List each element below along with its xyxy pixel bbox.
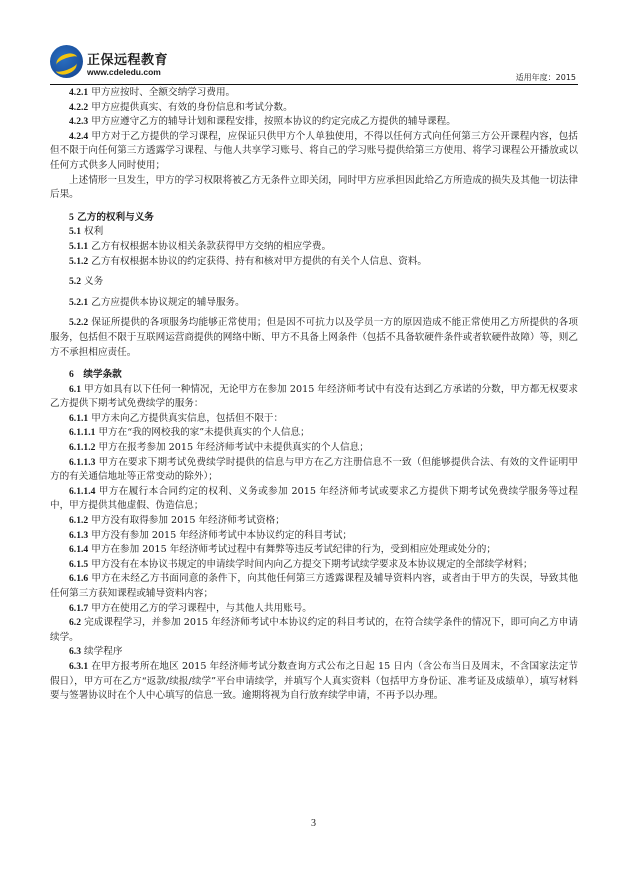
clause-number: 5.2.1 xyxy=(69,297,88,308)
clause-number: 4.2.4 xyxy=(69,131,88,142)
clause-number: 6.1.1.4 xyxy=(69,486,95,497)
brand-url: www.cdeledu.com xyxy=(87,67,161,77)
clause-paragraph: 4.2.4 甲方对于乙方提供的学习课程，应保证只供甲方个人单独使用，不得以任何方… xyxy=(50,130,578,174)
document-body: 4.2.1 甲方应按时、全额交纳学习费用。4.2.2 甲方应提供真实、有效的身份… xyxy=(50,86,578,704)
clause-paragraph: 5.1.1 乙方有权根据本协议相关条款获得甲方交纳的相应学费。 xyxy=(50,240,578,255)
clause-text: 甲方在报考参加 2015 年经济师考试中未提供真实的个人信息； xyxy=(95,442,368,453)
clause-number: 6.2 xyxy=(69,617,81,628)
page-number: 3 xyxy=(0,818,627,829)
clause-paragraph: 5.2 义务 xyxy=(50,275,578,290)
clause-paragraph: 5.2.2 保证所提供的各项服务均能够正常使用；但是因不可抗力以及学员一方的原因… xyxy=(50,316,578,360)
clause-number: 6.1 xyxy=(69,384,81,395)
clause-text: 甲方在履行本合同约定的权利、义务或参加 2015 年经济师考试或要求乙方提供下期… xyxy=(50,486,578,512)
clause-paragraph: 5.1 权利 xyxy=(50,225,578,240)
clause-paragraph: 6.3.1 在甲方报考所在地区 2015 年经济师考试分数查询方式公布之日起 1… xyxy=(50,660,578,704)
clause-number: 6.1.4 xyxy=(69,544,88,555)
clause-paragraph: 6.1.1.3 甲方在要求下期考试免费续学时提供的信息与甲方在乙方注册信息不一致… xyxy=(50,456,578,485)
clause-paragraph: 4.2.2 甲方应提供真实、有效的身份信息和考试分数。 xyxy=(50,101,578,116)
clause-number: 5.2.2 xyxy=(69,317,88,328)
clause-paragraph: 6.2 完成课程学习，并参加 2015 年经济师考试中本协议约定的科目考试的，在… xyxy=(50,616,578,645)
clause-paragraph: 6.1.6 甲方在未经乙方书面同意的条件下，向其他任何第三方透露课程及辅导资料内… xyxy=(50,572,578,601)
cdeledu-logo-icon xyxy=(50,45,83,78)
clause-paragraph: 6.1.1 甲方未向乙方提供真实信息，包括但不限于： xyxy=(50,412,578,427)
section-heading: 6 续学条款 xyxy=(50,368,578,383)
clause-text: 甲方应遵守乙方的辅导计划和课程安排，按照本协议的约定完成乙方提供的辅导课程。 xyxy=(88,116,456,127)
clause-paragraph: 6.1.7 甲方在使用乙方的学习课程中，与其他人共用账号。 xyxy=(50,602,578,617)
clause-text: 甲方没有在本协议书规定的申请续学时间内向乙方提交下期考试续学要求及本协议规定的全… xyxy=(88,559,532,570)
brand-name: 正保远程教育 xyxy=(87,49,168,68)
clause-number: 4.2.3 xyxy=(69,116,88,127)
clause-number: 6.1.3 xyxy=(69,530,88,541)
clause-text: 在甲方报考所在地区 2015 年经济师考试分数查询方式公布之日起 15 日内（含… xyxy=(50,661,578,701)
clause-paragraph: 5.1.2 乙方有权根据本协议的约定获得、持有和核对甲方提供的有关个人信息、资料… xyxy=(50,255,578,270)
clause-text: 甲方在使用乙方的学习课程中，与其他人共用账号。 xyxy=(88,603,312,614)
clause-paragraph: 6.1.1.1 甲方在“我的网校我的家”未提供真实的个人信息； xyxy=(50,426,578,441)
clause-text: 权利 xyxy=(81,226,103,237)
clause-text: 完成课程学习，并参加 2015 年经济师考试中本协议约定的科目考试的，在符合续学… xyxy=(50,617,578,643)
clause-text: 甲方如具有以下任何一种情况，无论甲方在参加 2015 年经济师考试中有没有达到乙… xyxy=(50,384,578,410)
clause-number: 6.1.5 xyxy=(69,559,88,570)
clause-paragraph: 上述情形一旦发生，甲方的学习权限将被乙方无条件立即关闭，同时甲方应承担因此给乙方… xyxy=(50,174,578,203)
clause-text: 甲方在未经乙方书面同意的条件下，向其他任何第三方透露课程及辅导资料内容，或者由于… xyxy=(50,573,578,599)
clause-paragraph: 5.2.1 乙方应提供本协议规定的辅导服务。 xyxy=(50,296,578,311)
clause-text: 乙方有权根据本协议相关条款获得甲方交纳的相应学费。 xyxy=(88,241,331,252)
clause-text: 甲方在要求下期考试免费续学时提供的信息与甲方在乙方注册信息不一致（但能够提供合法… xyxy=(50,457,578,483)
clause-number: 6.1.1.3 xyxy=(69,457,95,468)
clause-text: 甲方应提供真实、有效的身份信息和考试分数。 xyxy=(88,102,293,113)
clause-paragraph: 6.1.4 甲方在参加 2015 年经济师考试过程中有舞弊等违反考试纪律的行为，… xyxy=(50,543,578,558)
clause-text: 甲方在“我的网校我的家”未提供真实的个人信息； xyxy=(95,427,309,438)
clause-paragraph: 6.1.2 甲方没有取得参加 2015 年经济师考试资格； xyxy=(50,514,578,529)
clause-number: 5.2 xyxy=(69,276,81,287)
page-header: 正保远程教育 www.cdeledu.com 适用年度：2015 xyxy=(50,45,578,85)
clause-paragraph: 6.1 甲方如具有以下任何一种情况，无论甲方在参加 2015 年经济师考试中有没… xyxy=(50,383,578,412)
clause-number: 6.3 xyxy=(69,646,81,657)
clause-paragraph: 4.2.3 甲方应遵守乙方的辅导计划和课程安排，按照本协议的约定完成乙方提供的辅… xyxy=(50,115,578,130)
clause-paragraph: 6.1.1.2 甲方在报考参加 2015 年经济师考试中未提供真实的个人信息； xyxy=(50,441,578,456)
clause-number: 4.2.2 xyxy=(69,102,88,113)
clause-text: 甲方没有取得参加 2015 年经济师考试资格； xyxy=(88,515,285,526)
clause-text: 续学程序 xyxy=(81,646,122,657)
clause-text: 甲方未向乙方提供真实信息，包括但不限于： xyxy=(88,413,283,424)
clause-text: 乙方应提供本协议规定的辅导服务。 xyxy=(88,297,245,308)
clause-text: 甲方应按时、全额交纳学习费用。 xyxy=(88,87,235,98)
applicable-year: 适用年度：2015 xyxy=(516,72,576,83)
section-heading: 5 乙方的权利与义务 xyxy=(50,211,578,226)
clause-text: 保证所提供的各项服务均能够正常使用；但是因不可抗力以及学员一方的原因造成不能正常… xyxy=(50,317,578,357)
clause-text: 乙方的权利与义务 xyxy=(74,212,154,223)
clause-number: 6.1.2 xyxy=(69,515,88,526)
clause-number: 6.1.1.1 xyxy=(69,427,95,438)
clause-text: 上述情形一旦发生，甲方的学习权限将被乙方无条件立即关闭，同时甲方应承担因此给乙方… xyxy=(50,175,578,201)
clause-number: 6.1.6 xyxy=(69,573,88,584)
clause-paragraph: 6.1.1.4 甲方在履行本合同约定的权利、义务或参加 2015 年经济师考试或… xyxy=(50,485,578,514)
clause-number: 6.1.1.2 xyxy=(69,442,95,453)
clause-text: 义务 xyxy=(81,276,103,287)
clause-paragraph: 6.1.3 甲方没有参加 2015 年经济师考试中本协议约定的科目考试； xyxy=(50,529,578,544)
clause-number: 6.1.1 xyxy=(69,413,88,424)
clause-text: 甲方没有参加 2015 年经济师考试中本协议约定的科目考试； xyxy=(88,530,352,541)
clause-paragraph: 6.3 续学程序 xyxy=(50,645,578,660)
clause-number: 5.1.2 xyxy=(69,256,88,267)
clause-number: 5.1 xyxy=(69,226,81,237)
clause-paragraph: 4.2.1 甲方应按时、全额交纳学习费用。 xyxy=(50,86,578,101)
clause-text: 甲方在参加 2015 年经济师考试过程中有舞弊等违反考试纪律的行为，受到相应处理… xyxy=(88,544,496,555)
clause-text: 续学条款 xyxy=(74,369,122,380)
clause-text: 乙方有权根据本协议的约定获得、持有和核对甲方提供的有关个人信息、资料。 xyxy=(88,256,427,267)
clause-number: 5.1.1 xyxy=(69,241,88,252)
clause-paragraph: 6.1.5 甲方没有在本协议书规定的申请续学时间内向乙方提交下期考试续学要求及本… xyxy=(50,558,578,573)
clause-number: 4.2.1 xyxy=(69,87,88,98)
clause-text: 甲方对于乙方提供的学习课程，应保证只供甲方个人单独使用，不得以任何方式向任何第三… xyxy=(50,131,578,171)
clause-number: 6.3.1 xyxy=(69,661,88,672)
clause-number: 6.1.7 xyxy=(69,603,88,614)
header-divider xyxy=(50,84,578,85)
